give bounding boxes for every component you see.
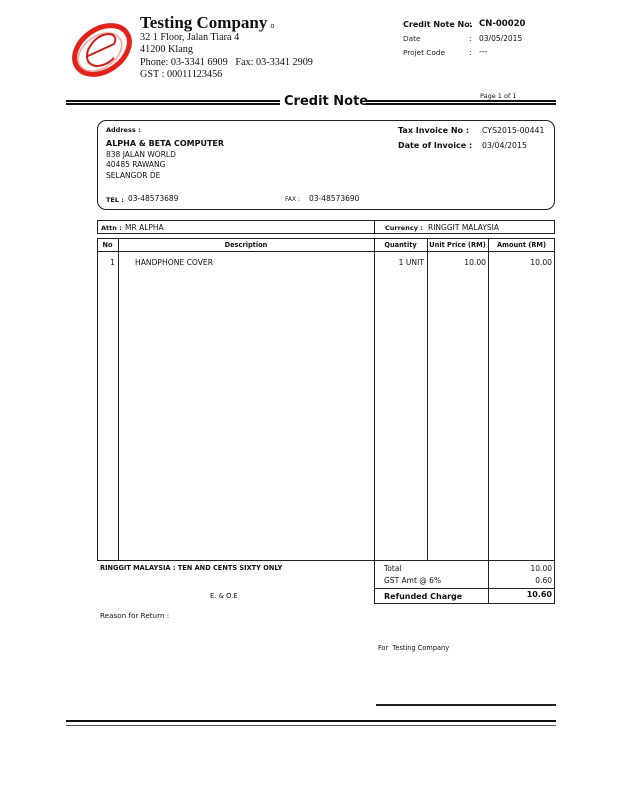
company-gst: GST : 00011123456: [140, 69, 222, 81]
row-amount: 10.00: [488, 258, 552, 267]
totals-separator: [374, 588, 555, 589]
colon: :: [469, 48, 472, 57]
tel-label: TEL :: [106, 196, 124, 204]
header-no: No: [97, 241, 118, 249]
items-table: [97, 238, 555, 561]
header-quantity: Quantity: [374, 241, 427, 249]
company-phone-fax: Phone: 03-3341 6909 Fax: 03-3341 2909: [140, 57, 313, 69]
title-rule-left: [66, 100, 280, 105]
customer-fax: 03-48573690: [309, 194, 359, 204]
attn-label: Attn :: [101, 224, 122, 232]
date-of-invoice-label: Date of Invoice :: [398, 141, 472, 150]
company-name: Testing Companyo: [140, 13, 274, 33]
attn-divider: [374, 220, 375, 234]
header-amount: Amount (RM): [488, 241, 555, 249]
eoe-note: E. & O.E: [210, 592, 238, 600]
gst-value: 0.60: [535, 576, 552, 585]
date-label: Date: [403, 34, 420, 43]
reason-for-return-label: Reason for Return :: [100, 611, 169, 620]
project-code: ---: [479, 47, 487, 56]
credit-note-date: 03/05/2015: [479, 34, 522, 43]
address-label: Address :: [106, 126, 141, 134]
column-divider: [427, 238, 428, 561]
refunded-value: 10.60: [527, 590, 552, 599]
row-description: HANDPHONE COVER: [135, 258, 213, 267]
total-label: Total: [384, 564, 402, 573]
row-no: 1: [97, 258, 115, 267]
colon: :: [469, 34, 472, 43]
company-address-line2: 41200 Klang: [140, 44, 193, 56]
fax-label: FAX :: [285, 196, 300, 203]
attn-value: MR ALPHA: [125, 223, 164, 232]
currency-label: Currency :: [385, 224, 423, 232]
title-rule-right: [366, 100, 556, 105]
customer-tel: 03-48573689: [128, 194, 178, 204]
header-unit-price: Unit Price (RM): [427, 241, 488, 249]
customer-address-line1: 838 JALAN WORLD: [106, 150, 176, 160]
credit-note-no: CN-00020: [479, 19, 525, 29]
company-address-line1: 32 1 Floor, Jalan Tiara 4: [140, 32, 239, 44]
signature-line: [376, 704, 556, 706]
total-value: 10.00: [531, 564, 552, 573]
colon: :: [469, 20, 472, 29]
tax-invoice-label: Tax Invoice No :: [398, 126, 469, 135]
customer-address-line3: SELANGOR DE: [106, 171, 160, 181]
for-company-label: For Testing Company: [378, 644, 449, 652]
date-of-invoice: 03/04/2015: [482, 141, 527, 150]
customer-name: ALPHA & BETA COMPUTER: [106, 139, 224, 148]
row-unit-price: 10.00: [427, 258, 486, 267]
credit-note-no-label: Credit Note No.: [403, 20, 473, 29]
currency-value: RINGGIT MALAYSIA: [428, 223, 499, 232]
gst-label: GST Amt @ 6%: [384, 576, 441, 585]
bottom-rule: [66, 720, 556, 726]
company-logo-icon: [66, 14, 136, 84]
header-description: Description: [118, 241, 374, 249]
page-indicator: Page 1 of 1: [480, 92, 516, 100]
refunded-label: Refunded Charge: [384, 592, 462, 601]
totals-divider: [488, 561, 489, 604]
amount-in-words: RINGGIT MALAYSIA : TEN AND CENTS SIXTY O…: [100, 564, 282, 572]
header-rule: [97, 251, 555, 252]
column-divider: [118, 238, 119, 561]
tax-invoice-no: CYS2015-00441: [482, 126, 544, 135]
customer-address-line2: 40485 RAWANG: [106, 160, 165, 170]
column-divider: [374, 238, 375, 561]
column-divider: [488, 238, 489, 561]
page-title: Credit Note: [284, 94, 368, 109]
row-quantity: 1 UNIT: [374, 258, 424, 267]
project-code-label: Projet Code: [403, 48, 445, 57]
